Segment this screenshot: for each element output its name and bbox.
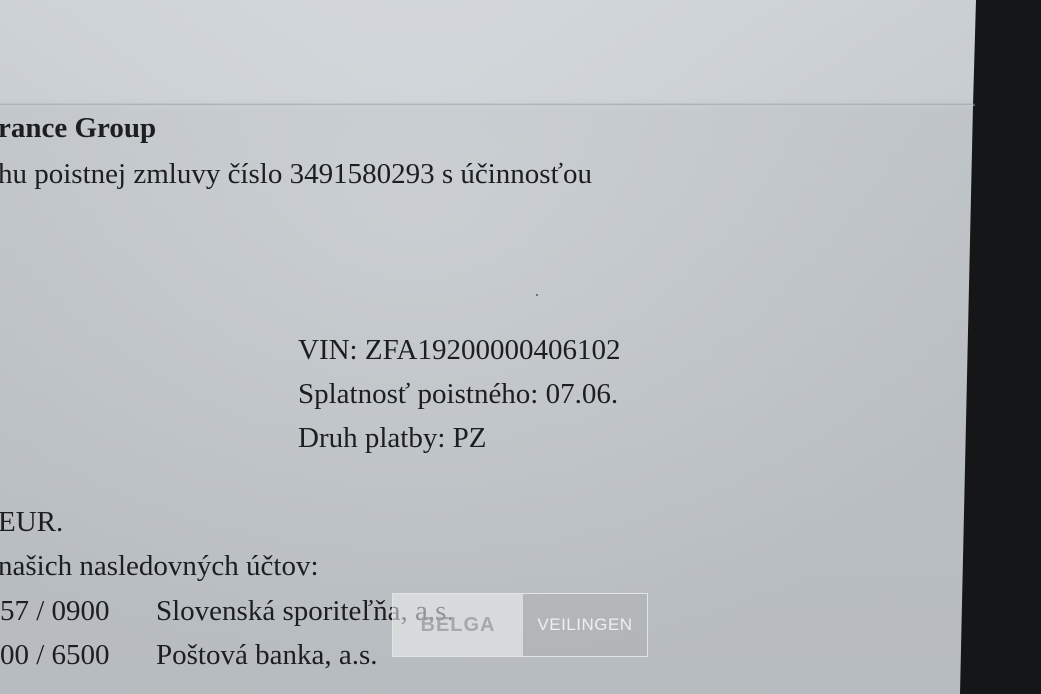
watermark-brand: BELGA — [393, 594, 523, 656]
payment-type-line: Druh platby: PZ — [298, 424, 487, 453]
watermark-logo: BELGA VEILINGEN — [392, 593, 648, 657]
account-number: 57 / 0900 — [0, 597, 110, 626]
account-number: 00 / 6500 — [0, 641, 110, 670]
accounts-intro-line: našich nasledovných účtov: — [0, 552, 319, 581]
account-bank: Poštová banka, a.s. — [156, 641, 378, 670]
photo-stage: rance Group hu poistnej zmluvy číslo 349… — [0, 0, 1041, 694]
watermark-subtitle: VEILINGEN — [523, 594, 647, 656]
contract-intro-line: hu poistnej zmluvy číslo 3491580293 s úč… — [0, 160, 592, 189]
paper-fold-line — [0, 103, 975, 106]
premium-due-line: Splatnosť poistného: 07.06. — [298, 380, 618, 409]
amount-currency-line: EUR. — [0, 508, 63, 537]
vin-line: VIN: ZFA19200000406102 — [298, 336, 620, 365]
company-name-fragment: rance Group — [0, 114, 156, 143]
paper-speck — [536, 294, 538, 296]
